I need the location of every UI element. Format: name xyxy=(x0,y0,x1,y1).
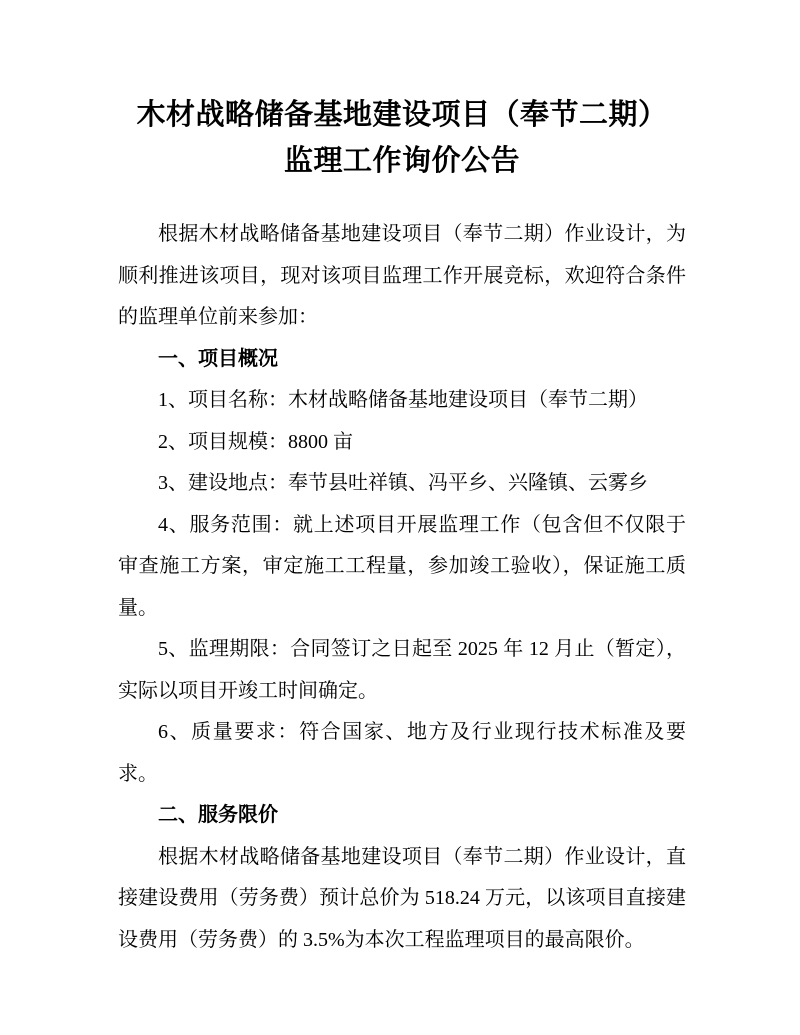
paragraph: 3、建设地点：奉节县吐祥镇、冯平乡、兴隆镇、云雾乡 xyxy=(118,463,686,505)
document-title: 木材战略储备基地建设项目（奉节二期） 监理工作询价公告 xyxy=(118,92,686,184)
section-heading: 一、项目概况 xyxy=(118,339,686,381)
paragraph: 根据木材战略储备基地建设项目（奉节二期）作业设计，直接建设费用（劳务费）预计总价… xyxy=(118,837,686,962)
paragraph: 6、质量要求：符合国家、地方及行业现行技术标准及要求。 xyxy=(118,712,686,795)
section-heading: 二、服务限价 xyxy=(118,795,686,837)
paragraph: 2、项目规模：8800 亩 xyxy=(118,422,686,464)
document-body: 根据木材战略储备基地建设项目（奉节二期）作业设计，为顺利推进该项目，现对该项目监… xyxy=(118,214,686,961)
paragraph: 5、监理期限：合同签订之日起至 2025 年 12 月止（暂定），实际以项目开竣… xyxy=(118,629,686,712)
paragraph: 根据木材战略储备基地建设项目（奉节二期）作业设计，为顺利推进该项目，现对该项目监… xyxy=(118,214,686,339)
document-page: 木材战略储备基地建设项目（奉节二期） 监理工作询价公告 根据木材战略储备基地建设… xyxy=(0,0,800,1035)
document-title-line-1: 木材战略储备基地建设项目（奉节二期） xyxy=(118,92,686,138)
paragraph: 1、项目名称：木材战略储备基地建设项目（奉节二期） xyxy=(118,380,686,422)
paragraph: 4、服务范围：就上述项目开展监理工作（包含但不仅限于审查施工方案，审定施工工程量… xyxy=(118,505,686,630)
document-title-line-2: 监理工作询价公告 xyxy=(118,138,686,184)
